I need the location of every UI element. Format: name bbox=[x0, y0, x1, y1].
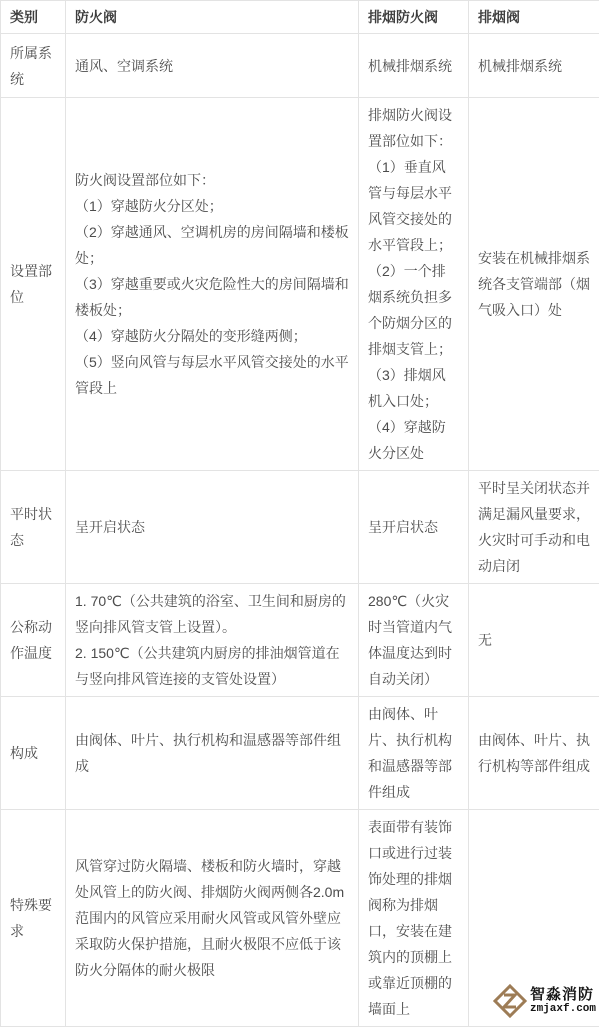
cell-paragraph: 机械排烟系统 bbox=[478, 53, 590, 79]
cell-composition-smoke-fire-damper: 由阀体、叶片、执行机构和温感器等部件组成 bbox=[359, 697, 469, 810]
table-row-location: 设置部位 防火阀设置部位如下： （1）穿越防火分区处； （2）穿越通风、空调机房… bbox=[1, 98, 599, 471]
watermark-logo: 智淼消防 zmjaxf.com bbox=[493, 984, 596, 1018]
cell-paragraph: 表面带有装饰口或进行过装饰处理的排烟阀称为排烟口，安装在建筑内的顶棚上或靠近顶棚… bbox=[368, 814, 459, 1022]
cell-paragraph: 由阀体、叶片、执行机构等部件组成 bbox=[478, 727, 590, 779]
cell-special-smoke-valve: 智淼消防 zmjaxf.com bbox=[469, 810, 599, 1027]
cell-special-fire-damper: 风管穿过防火隔墙、楼板和防火墙时，穿越处风管上的防火阀、排烟防火阀两侧各2.0m… bbox=[66, 810, 359, 1027]
cell-system-smoke-fire-damper: 机械排烟系统 bbox=[359, 34, 469, 98]
table-row-action-temperature: 公称动作温度 1. 70℃（公共建筑的浴室、卫生间和厨房的竖向排风管支管上设置）… bbox=[1, 584, 599, 697]
cell-paragraph: 呈开启状态 bbox=[75, 514, 349, 540]
cell-paragraph: 排烟防火阀设置部位如下： bbox=[368, 102, 459, 154]
cell-paragraph: 1. 70℃（公共建筑的浴室、卫生间和厨房的竖向排风管支管上设置）。 bbox=[75, 588, 349, 640]
cell-paragraph: 防火阀设置部位如下： bbox=[75, 167, 349, 193]
cell-paragraph: 平时呈关闭状态并满足漏风量要求，火灾时可手动和电动启闭 bbox=[478, 475, 590, 579]
cell-paragraph: 2. 150℃（公共建筑内厨房的排油烟管道在与竖向排风管连接的支管处设置） bbox=[75, 640, 349, 692]
cell-paragraph: （1）垂直风管与每层水平风管交接处的水平管段上； bbox=[368, 154, 459, 258]
table-header-row: 类别 防火阀 排烟防火阀 排烟阀 bbox=[1, 1, 599, 34]
table-row-normal-state: 平时状态 呈开启状态 呈开启状态 平时呈关闭状态并满足漏风量要求，火灾时可手动和… bbox=[1, 471, 599, 584]
cell-location-fire-damper: 防火阀设置部位如下： （1）穿越防火分区处； （2）穿越通风、空调机房的房间隔墙… bbox=[66, 98, 359, 471]
cell-paragraph: 无 bbox=[478, 627, 590, 653]
header-cell-fire-damper: 防火阀 bbox=[66, 1, 359, 34]
logo-name: 智淼消防 bbox=[530, 986, 596, 1003]
row-label-location: 设置部位 bbox=[1, 98, 66, 471]
cell-paragraph: （3）排烟风机入口处； bbox=[368, 362, 459, 414]
row-label-action-temperature: 公称动作温度 bbox=[1, 584, 66, 697]
cell-paragraph: 280℃（火灾时当管道内气体温度达到时自动关闭） bbox=[368, 588, 459, 692]
cell-location-smoke-fire-damper: 排烟防火阀设置部位如下： （1）垂直风管与每层水平风管交接处的水平管段上； （2… bbox=[359, 98, 469, 471]
fire-damper-comparison-table: 类别 防火阀 排烟防火阀 排烟阀 所属系统 通风、空调系统 机械排烟系统 机械排… bbox=[0, 0, 599, 1027]
cell-paragraph: （5）竖向风管与每层水平风管交接处的水平管段上 bbox=[75, 349, 349, 401]
cell-temperature-smoke-fire-damper: 280℃（火灾时当管道内气体温度达到时自动关闭） bbox=[359, 584, 469, 697]
row-label-system: 所属系统 bbox=[1, 34, 66, 98]
cell-paragraph: 安装在机械排烟系统各支管端部（烟气吸入口）处 bbox=[478, 245, 590, 323]
cell-location-smoke-valve: 安装在机械排烟系统各支管端部（烟气吸入口）处 bbox=[469, 98, 599, 471]
cell-paragraph: 机械排烟系统 bbox=[368, 53, 459, 79]
cell-paragraph: （4）穿越防火分区处 bbox=[368, 414, 459, 466]
cell-temperature-smoke-valve: 无 bbox=[469, 584, 599, 697]
table-row-composition: 构成 由阀体、叶片、执行机构和温感器等部件组成 由阀体、叶片、执行机构和温感器等… bbox=[1, 697, 599, 810]
logo-url: zmjaxf.com bbox=[530, 1003, 596, 1016]
cell-paragraph: 通风、空调系统 bbox=[75, 53, 349, 79]
cell-normal-state-smoke-valve: 平时呈关闭状态并满足漏风量要求，火灾时可手动和电动启闭 bbox=[469, 471, 599, 584]
table-row-system: 所属系统 通风、空调系统 机械排烟系统 机械排烟系统 bbox=[1, 34, 599, 98]
row-label-special-requirements: 特殊要求 bbox=[1, 810, 66, 1027]
cell-composition-smoke-valve: 由阀体、叶片、执行机构等部件组成 bbox=[469, 697, 599, 810]
cell-normal-state-fire-damper: 呈开启状态 bbox=[66, 471, 359, 584]
cell-paragraph: 风管穿过防火隔墙、楼板和防火墙时，穿越处风管上的防火阀、排烟防火阀两侧各2.0m… bbox=[75, 853, 349, 983]
header-cell-smoke-fire-damper: 排烟防火阀 bbox=[359, 1, 469, 34]
cell-paragraph: 由阀体、叶片、执行机构和温感器等部件组成 bbox=[368, 701, 459, 805]
cell-paragraph: （1）穿越防火分区处； bbox=[75, 193, 349, 219]
cell-paragraph: 呈开启状态 bbox=[368, 514, 459, 540]
cell-paragraph: （3）穿越重要或火灾危险性大的房间隔墙和楼板处； bbox=[75, 271, 349, 323]
cell-paragraph: （2）一个排烟系统负担多个防烟分区的排烟支管上； bbox=[368, 258, 459, 362]
table-row-special-requirements: 特殊要求 风管穿过防火隔墙、楼板和防火墙时，穿越处风管上的防火阀、排烟防火阀两侧… bbox=[1, 810, 599, 1027]
logo-diamond-z-icon bbox=[493, 984, 527, 1018]
cell-system-smoke-valve: 机械排烟系统 bbox=[469, 34, 599, 98]
header-cell-category: 类别 bbox=[1, 1, 66, 34]
cell-temperature-fire-damper: 1. 70℃（公共建筑的浴室、卫生间和厨房的竖向排风管支管上设置）。 2. 15… bbox=[66, 584, 359, 697]
logo-text: 智淼消防 zmjaxf.com bbox=[530, 986, 596, 1016]
cell-system-fire-damper: 通风、空调系统 bbox=[66, 34, 359, 98]
row-label-normal-state: 平时状态 bbox=[1, 471, 66, 584]
cell-normal-state-smoke-fire-damper: 呈开启状态 bbox=[359, 471, 469, 584]
cell-composition-fire-damper: 由阀体、叶片、执行机构和温感器等部件组成 bbox=[66, 697, 359, 810]
header-cell-smoke-valve: 排烟阀 bbox=[469, 1, 599, 34]
row-label-composition: 构成 bbox=[1, 697, 66, 810]
cell-paragraph: （4）穿越防火分隔处的变形缝两侧； bbox=[75, 323, 349, 349]
cell-paragraph: （2）穿越通风、空调机房的房间隔墙和楼板处； bbox=[75, 219, 349, 271]
cell-paragraph: 由阀体、叶片、执行机构和温感器等部件组成 bbox=[75, 727, 349, 779]
cell-special-smoke-fire-damper: 表面带有装饰口或进行过装饰处理的排烟阀称为排烟口，安装在建筑内的顶棚上或靠近顶棚… bbox=[359, 810, 469, 1027]
